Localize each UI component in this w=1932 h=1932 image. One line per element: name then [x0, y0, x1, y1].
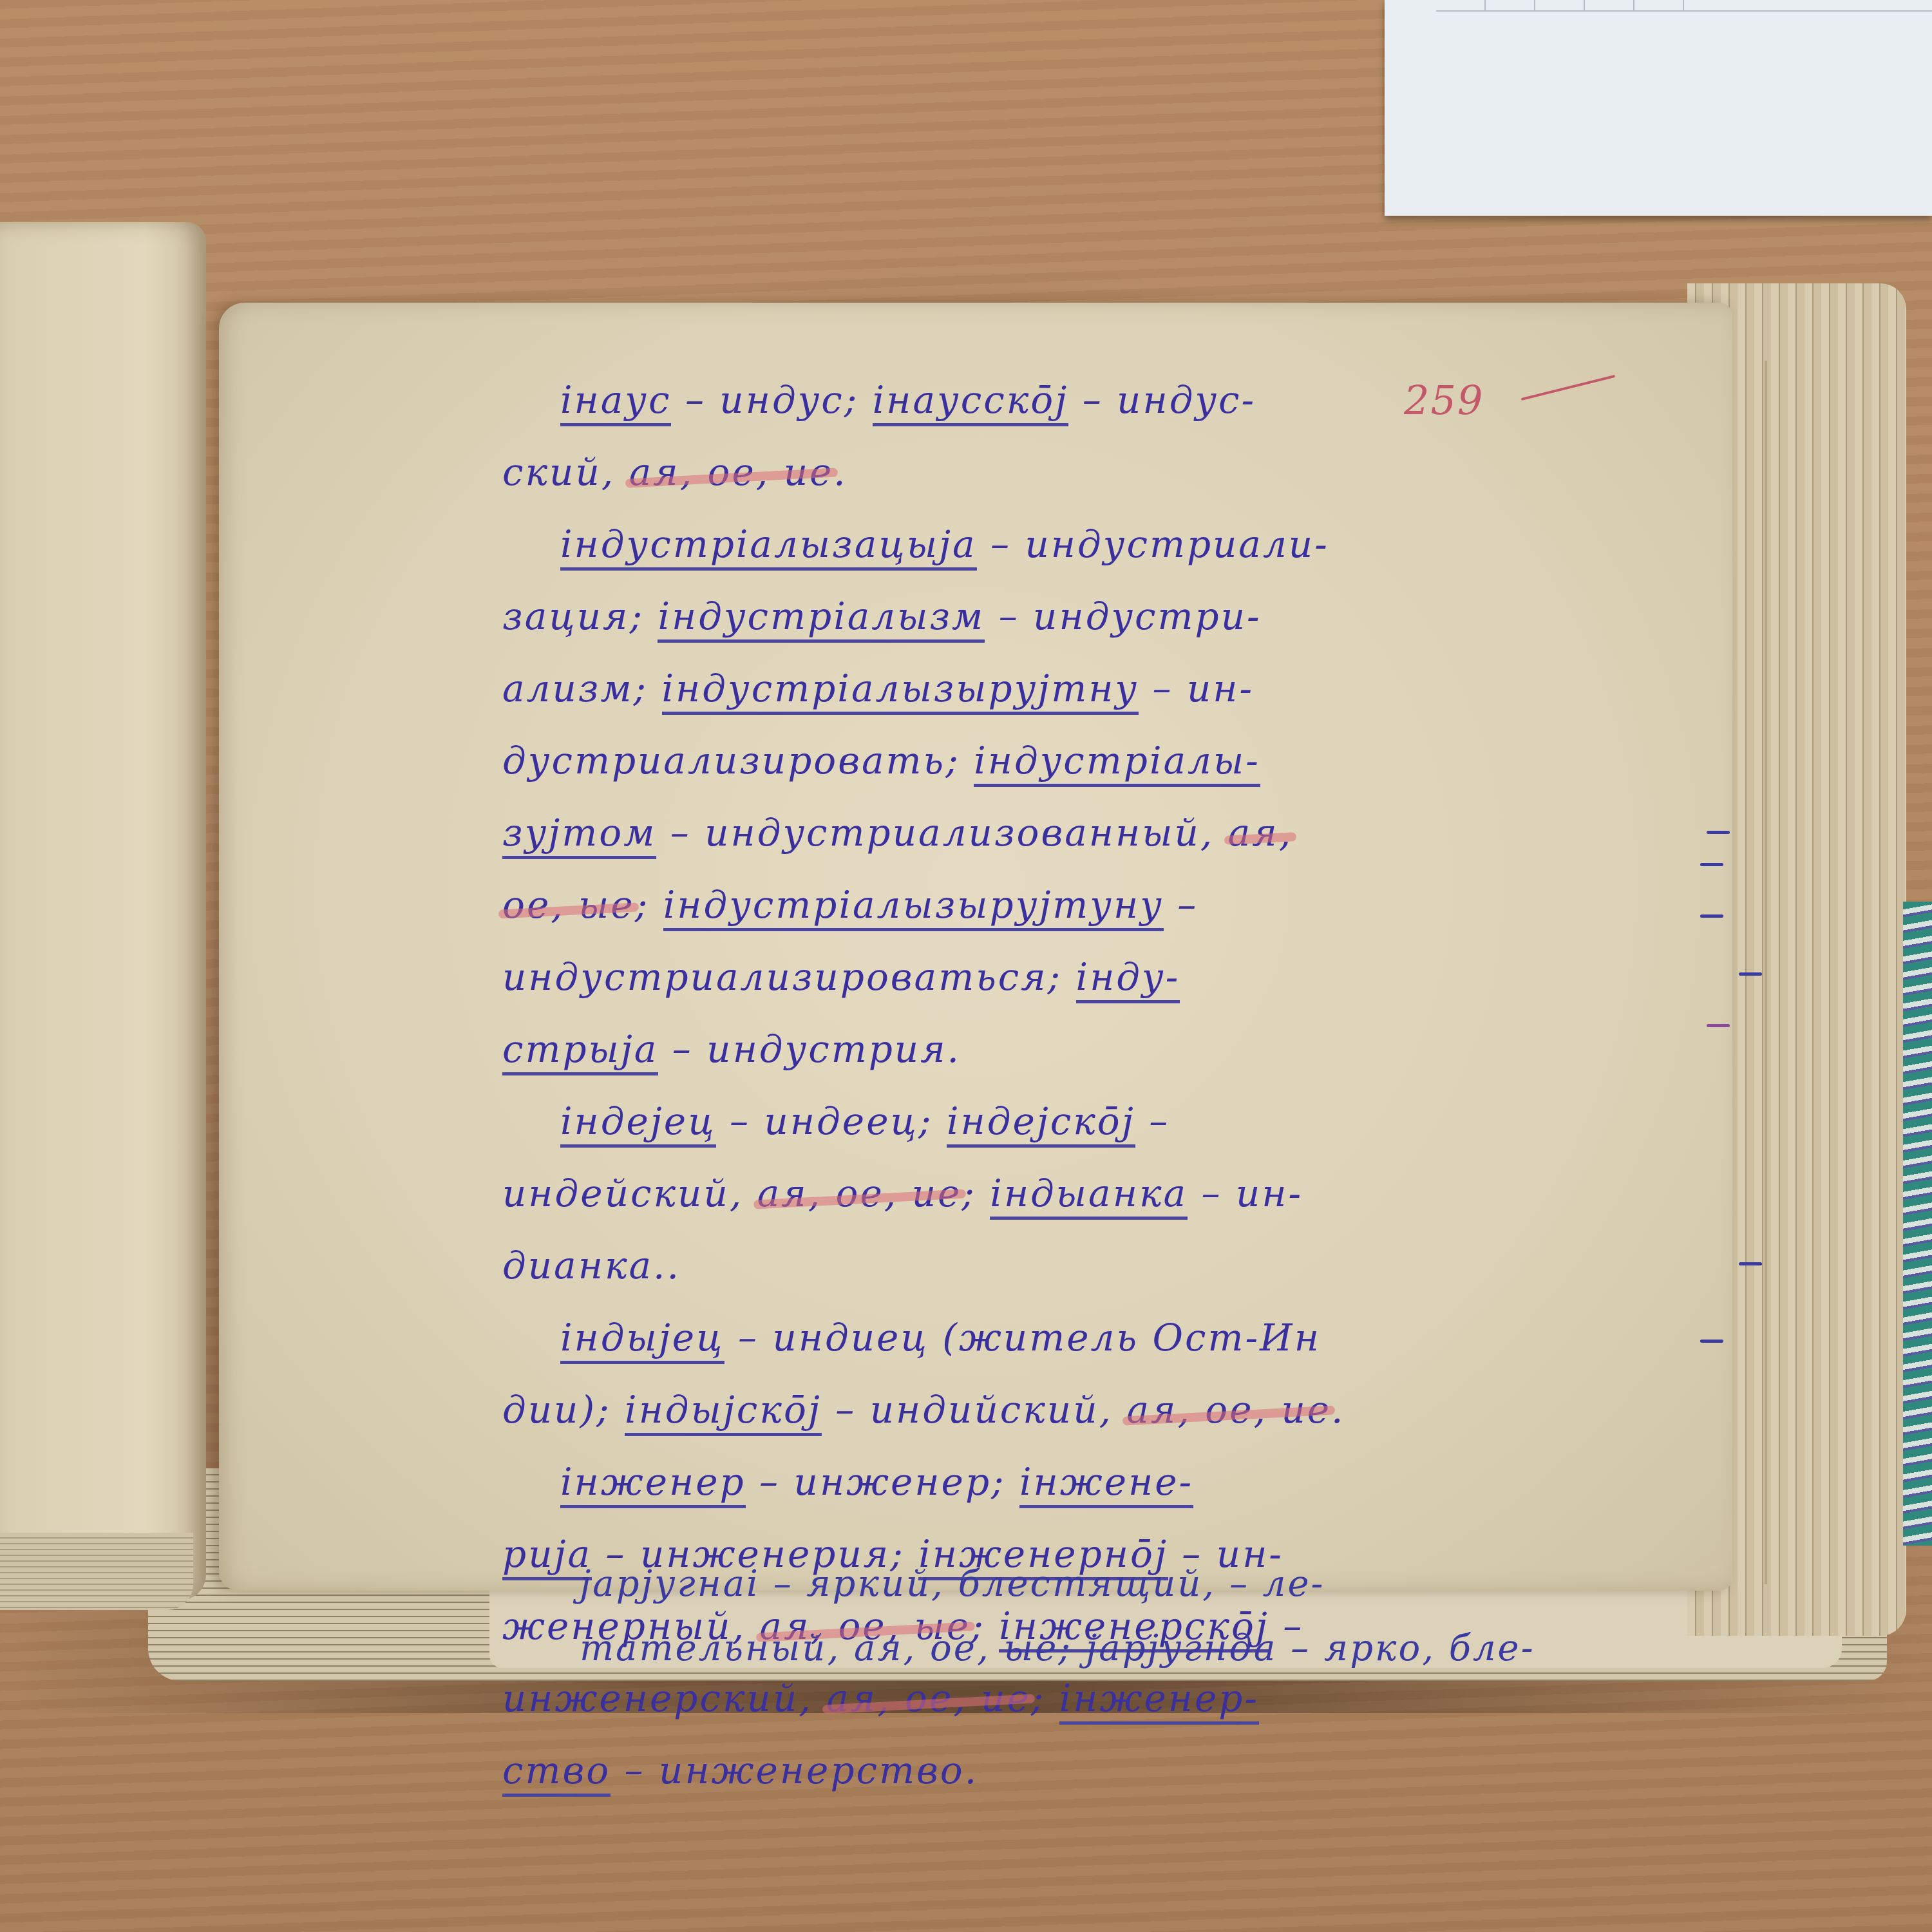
entry-line: індыjец – индиец (житель Ост-Ин	[502, 1302, 1674, 1374]
translation-text: – индустриализованный,	[656, 811, 1227, 855]
headword: індыjец	[560, 1316, 724, 1364]
headword: індеjскōj	[947, 1099, 1135, 1148]
translation-text: – инженер;	[746, 1460, 1019, 1504]
entry-line: индейский, ая, ое, ие; індыанка – ин-	[502, 1157, 1674, 1229]
entry-line: ство – инженерство.	[502, 1734, 1674, 1806]
page-fold-line	[1765, 361, 1767, 1584]
entry-line: зация; індустріалызм – индустри-	[502, 580, 1674, 652]
headword: стрыја	[502, 1027, 658, 1075]
headword: інаусскōj	[873, 378, 1068, 426]
card-ruled-boxes	[1436, 0, 1932, 12]
margin-mark	[1707, 1024, 1730, 1027]
entry-line: індустріалызацыја – индустриали-	[502, 508, 1674, 580]
headword: індустріалызыруjтну	[662, 667, 1139, 715]
translation-text: – индиец (житель Ост-Ин	[724, 1316, 1321, 1359]
headword: індустріалызацыја	[560, 522, 977, 571]
next-page-line: јарјугнаі – яркий, блестящий, – ле-	[580, 1552, 1803, 1616]
headword: індустріалы-	[974, 739, 1260, 787]
struck-ending: ая, ое, ие	[629, 436, 834, 508]
translation-text: дианка..	[502, 1244, 681, 1287]
headword: індеjец	[560, 1099, 716, 1148]
struck-ending: ая, ое, ие	[757, 1157, 962, 1229]
entry-line: стрыја – индустрия.	[502, 1013, 1674, 1085]
translation-text: дустриализировать;	[502, 739, 974, 782]
headword: інженер	[560, 1460, 746, 1508]
translation-text: – инженерство.	[611, 1748, 978, 1792]
headword: інженер-	[1059, 1676, 1259, 1725]
entry-line: дианка..	[502, 1229, 1674, 1302]
translation-text: ализм;	[502, 667, 662, 710]
next-page-peek: јарјугнаі – яркий, блестящий, – ле- тате…	[580, 1552, 1803, 1681]
translation-text: – индус-	[1068, 378, 1256, 422]
entry-line: інженер – инженер; інжене-	[502, 1446, 1674, 1518]
headword: ство	[502, 1748, 611, 1797]
headword: інду-	[1076, 955, 1180, 1003]
translation-text: ;	[961, 1171, 990, 1215]
headword: рија	[502, 1532, 592, 1580]
entry-line: ский, ая, ое, ие.	[502, 436, 1674, 508]
headword: індыанка	[990, 1171, 1188, 1220]
entry-line: інаус – индус; інаусскōj – индус-	[502, 364, 1674, 436]
headword: інжене-	[1019, 1460, 1193, 1508]
entry-line: дии); індыjскōj – индийский, ая, ое, ие.	[502, 1374, 1674, 1446]
entry-line: індеjец – индеец; індеjскōj –	[502, 1085, 1674, 1157]
next-page-line: тательный, ая, ое, ые; јарјугнда – ярко,…	[580, 1616, 1803, 1681]
translation-text: – индеец;	[716, 1099, 947, 1143]
translation-text: – индустрия.	[658, 1027, 961, 1071]
translation-text: индустриализироваться;	[502, 955, 1076, 999]
headword: інаус	[560, 378, 671, 426]
translation-text: –	[1135, 1099, 1170, 1143]
struck-ending: ое, ые	[502, 869, 635, 941]
translation-text: – индийский,	[822, 1388, 1127, 1432]
notebook-cover-edge	[1903, 902, 1932, 1546]
white-paper-card	[1385, 0, 1932, 216]
entry-line: индустриализироваться; інду-	[502, 941, 1674, 1013]
left-page-stack	[0, 1533, 193, 1610]
margin-mark	[1700, 1340, 1723, 1343]
translation-text: – индус;	[671, 378, 872, 422]
left-blank-page	[0, 222, 206, 1600]
translation-text: инженерский,	[502, 1676, 826, 1720]
entry-line: ализм; індустріалызыруjтну – ин-	[502, 652, 1674, 724]
translation-text: – ин-	[1188, 1171, 1303, 1215]
margin-mark	[1739, 1262, 1762, 1265]
translation-text: –	[1164, 883, 1198, 927]
entry-line: зуjтом – индустриализованный, ая,	[502, 797, 1674, 869]
headword: індустріалызм	[658, 594, 985, 643]
entry-line: ое, ые; індустріалызыруjтуну –	[502, 869, 1674, 941]
margin-mark	[1739, 972, 1762, 976]
translation-text: – индустри-	[985, 594, 1261, 638]
headword: індыjскōj	[625, 1388, 822, 1436]
headword: індустріалызыруjтуну	[663, 883, 1164, 931]
margin-mark	[1700, 863, 1723, 866]
margin-mark	[1700, 914, 1723, 918]
translation-text: – ин-	[1139, 667, 1254, 710]
entry-line: дустриализировать; індустріалы-	[502, 724, 1674, 797]
translation-text: ;	[635, 883, 663, 927]
struck-ending: ая, ое, ие	[1126, 1374, 1331, 1446]
translation-text: – индустриали-	[977, 522, 1329, 566]
translation-text: дии);	[502, 1388, 625, 1432]
translation-text: ;	[1031, 1676, 1059, 1720]
margin-mark	[1707, 831, 1730, 834]
translation-text: зация;	[502, 594, 658, 638]
struck-ending: ая,	[1228, 797, 1293, 869]
translation-text: индейский,	[502, 1171, 757, 1215]
translation-text: ский,	[502, 450, 629, 494]
headword: зуjтом	[502, 811, 656, 859]
